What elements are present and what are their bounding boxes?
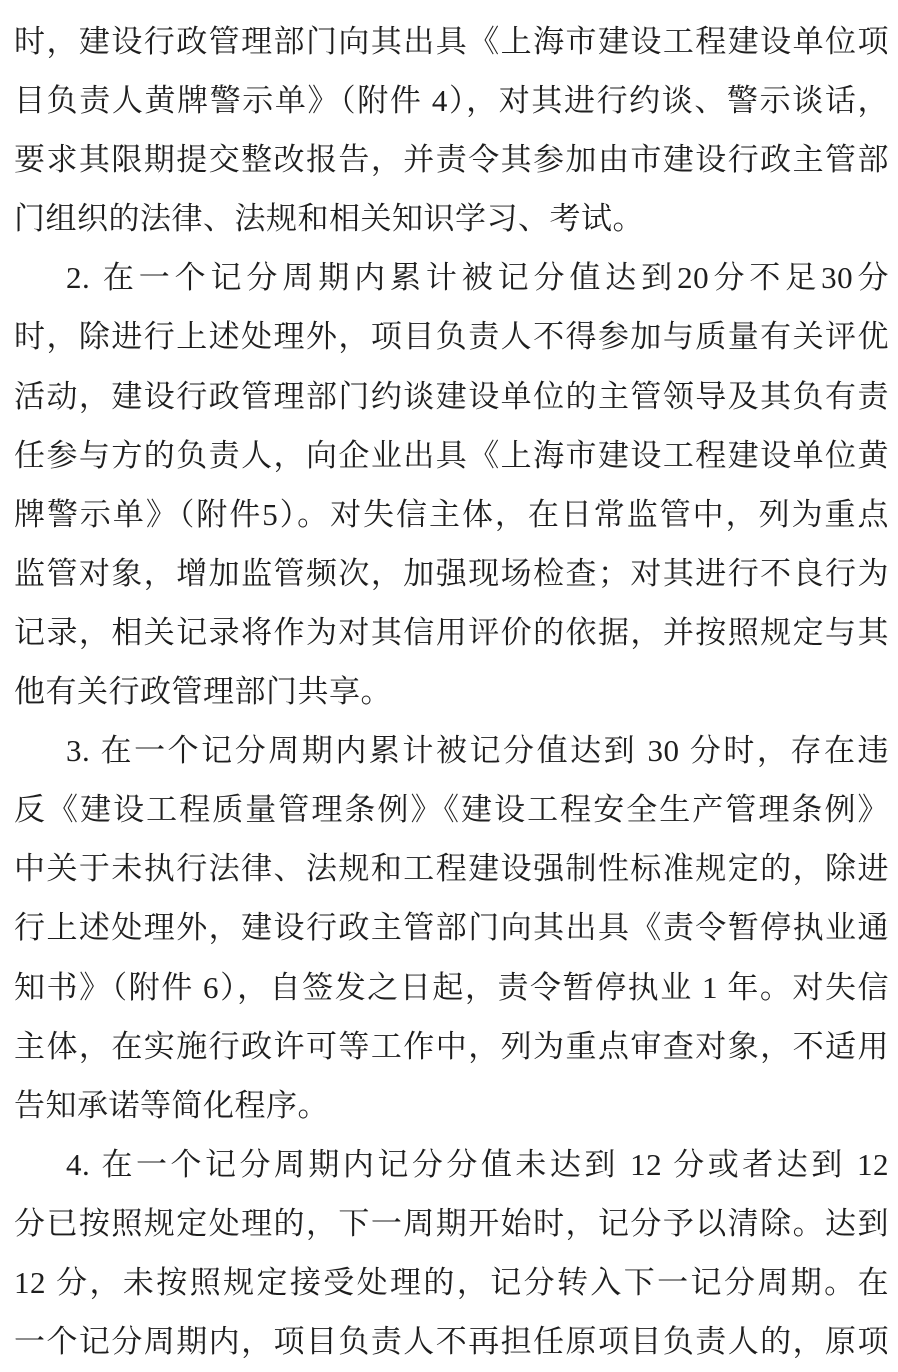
text-line: 4. 在一个记分周期内记分分值未达到 12 分或者达到 12: [14, 1135, 889, 1194]
text-line: 2. 在一个记分周期内累计被记分值达到20分不足30分: [14, 248, 889, 307]
text-line: 3. 在一个记分周期内累计被记分值达到 30 分时，存在违: [14, 721, 889, 780]
text-line: 知书》（附件 6），自签发之日起，责令暂停执业 1 年。对失信: [14, 958, 889, 1017]
text-line: 他有关行政管理部门共享。: [14, 662, 889, 721]
text-line: 活动，建设行政管理部门约谈建设单位的主管领导及其负有责: [14, 367, 889, 426]
text-line: 中关于未执行法律、法规和工程建设强制性标准规定的，除进: [14, 839, 889, 898]
text-line: 告知承诺等简化程序。: [14, 1076, 889, 1135]
text-line: 一个记分周期内，项目负责人不再担任原项目负责人的，原项: [14, 1312, 889, 1371]
text-line: 时，除进行上述处理外，项目负责人不得参加与质量有关评优: [14, 307, 889, 366]
text-line: 时，建设行政管理部门向其出具《上海市建设工程建设单位项: [14, 12, 889, 71]
text-line: 分已按照规定处理的，下一周期开始时，记分予以清除。达到: [14, 1194, 889, 1253]
document-body: 时，建设行政管理部门向其出具《上海市建设工程建设单位项目负责人黄牌警示单》（附件…: [14, 12, 889, 1371]
text-line: 牌警示单》（附件5）。对失信主体，在日常监管中，列为重点: [14, 485, 889, 544]
text-line: 要求其限期提交整改报告，并责令其参加由市建设行政主管部: [14, 130, 889, 189]
text-line: 记录，相关记录将作为对其信用评价的依据，并按照规定与其: [14, 603, 889, 662]
text-line: 目负责人黄牌警示单》（附件 4），对其进行约谈、警示谈话，: [14, 71, 889, 130]
text-line: 行上述处理外，建设行政主管部门向其出具《责令暂停执业通: [14, 898, 889, 957]
text-line: 12 分，未按照规定接受处理的，记分转入下一记分周期。在: [14, 1253, 889, 1312]
text-line: 主体，在实施行政许可等工作中，列为重点审查对象，不适用: [14, 1017, 889, 1076]
scanned-document-page: 时，建设行政管理部门向其出具《上海市建设工程建设单位项目负责人黄牌警示单》（附件…: [0, 0, 898, 1372]
text-line: 反《建设工程质量管理条例》《建设工程安全生产管理条例》: [14, 780, 889, 839]
text-line: 监管对象，增加监管频次，加强现场检查；对其进行不良行为: [14, 544, 889, 603]
text-line: 任参与方的负责人，向企业出具《上海市建设工程建设单位黄: [14, 426, 889, 485]
text-line: 门组织的法律、法规和相关知识学习、考试。: [14, 189, 889, 248]
